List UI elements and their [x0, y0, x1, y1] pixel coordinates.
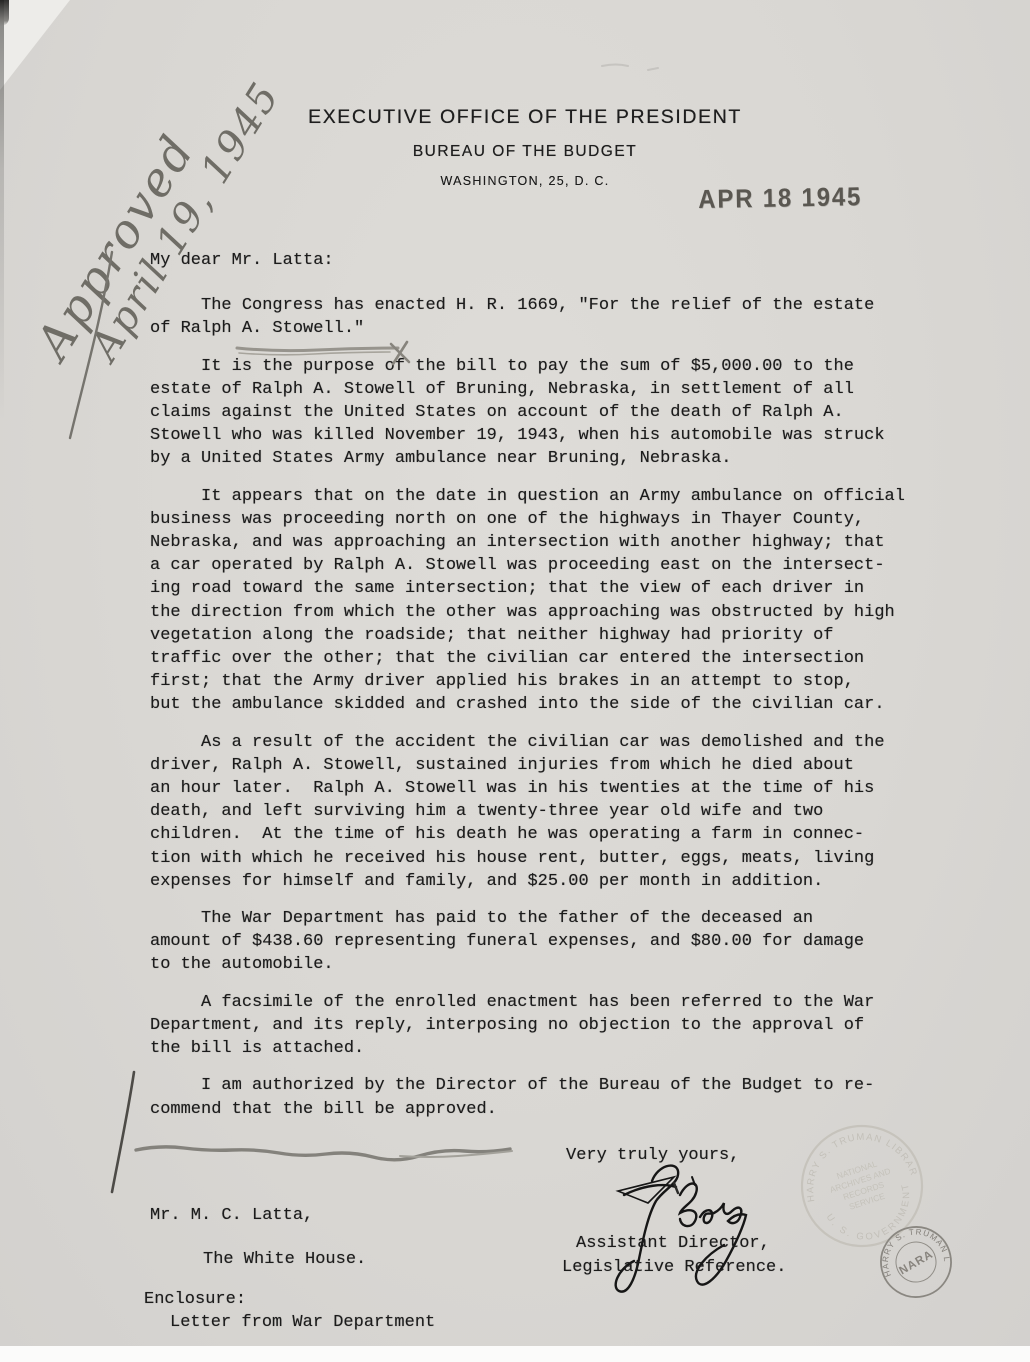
signer-title-line1: Assistant Director, — [576, 1233, 770, 1255]
enclosure-label: Enclosure: — [144, 1289, 246, 1311]
paragraph-3: It appears that on the date in question … — [150, 485, 970, 717]
pencil-smudge — [602, 65, 658, 71]
letter-body: My dear Mr. Latta: The Congress has enac… — [150, 249, 970, 1135]
valediction: Very truly yours, — [566, 1145, 739, 1167]
paragraph-6: A facsimile of the enrolled enactment ha… — [150, 991, 970, 1061]
paragraph-5: The War Department has paid to the fathe… — [150, 907, 970, 977]
letterhead: EXECUTIVE OFFICE OF THE PRESIDENT BUREAU… — [308, 106, 742, 188]
signature-scrawl — [588, 1155, 768, 1305]
scan-corner-highlight — [0, 0, 70, 90]
paragraph-4: As a result of the accident the civilian… — [150, 731, 970, 893]
paragraph-1: The Congress has enacted H. R. 1669, "Fo… — [150, 294, 970, 340]
svg-text:HARRY S. TRUMAN LIBRARY: HARRY S. TRUMAN LIBRARY — [876, 1222, 952, 1280]
truman-library-stamp: HARRY S. TRUMAN LIBRARY NARA — [876, 1222, 956, 1302]
letterhead-city: WASHINGTON, 25, D. C. — [308, 174, 742, 188]
paper-sheet: Approved April 19, 1945 EXECUTIVE OFFICE… — [0, 0, 1030, 1346]
scan-corner-mark — [0, 0, 9, 26]
salutation: My dear Mr. Latta: — [150, 249, 970, 272]
scanned-letter-page: Approved April 19, 1945 EXECUTIVE OFFICE… — [0, 0, 1030, 1362]
truman-stamp-center: NARA — [897, 1248, 935, 1277]
paragraph-2: It is the purpose of the bill to pay the… — [150, 355, 970, 471]
pencil-margin-line — [112, 1072, 134, 1192]
pencil-strikethrough-squiggle-fade — [400, 1151, 512, 1157]
signer-title-line2: Legislative Reference. — [562, 1257, 786, 1279]
enclosure-item: Letter from War Department — [170, 1312, 435, 1334]
recipient-address: The White House. — [203, 1249, 366, 1271]
date-received-stamp: APR 18 1945 — [698, 181, 862, 215]
paragraph-7: I am authorized by the Director of the B… — [150, 1074, 970, 1120]
truman-stamp-arc: HARRY S. TRUMAN LIBRARY — [876, 1222, 952, 1280]
letterhead-office: EXECUTIVE OFFICE OF THE PRESIDENT — [308, 106, 742, 129]
scan-left-edge-shadow — [0, 0, 4, 420]
letterhead-bureau: BUREAU OF THE BUDGET — [308, 143, 742, 161]
pencil-strikethrough-squiggle — [136, 1147, 510, 1160]
recipient-name: Mr. M. C. Latta, — [150, 1205, 313, 1227]
pen-tick — [674, 1183, 678, 1193]
